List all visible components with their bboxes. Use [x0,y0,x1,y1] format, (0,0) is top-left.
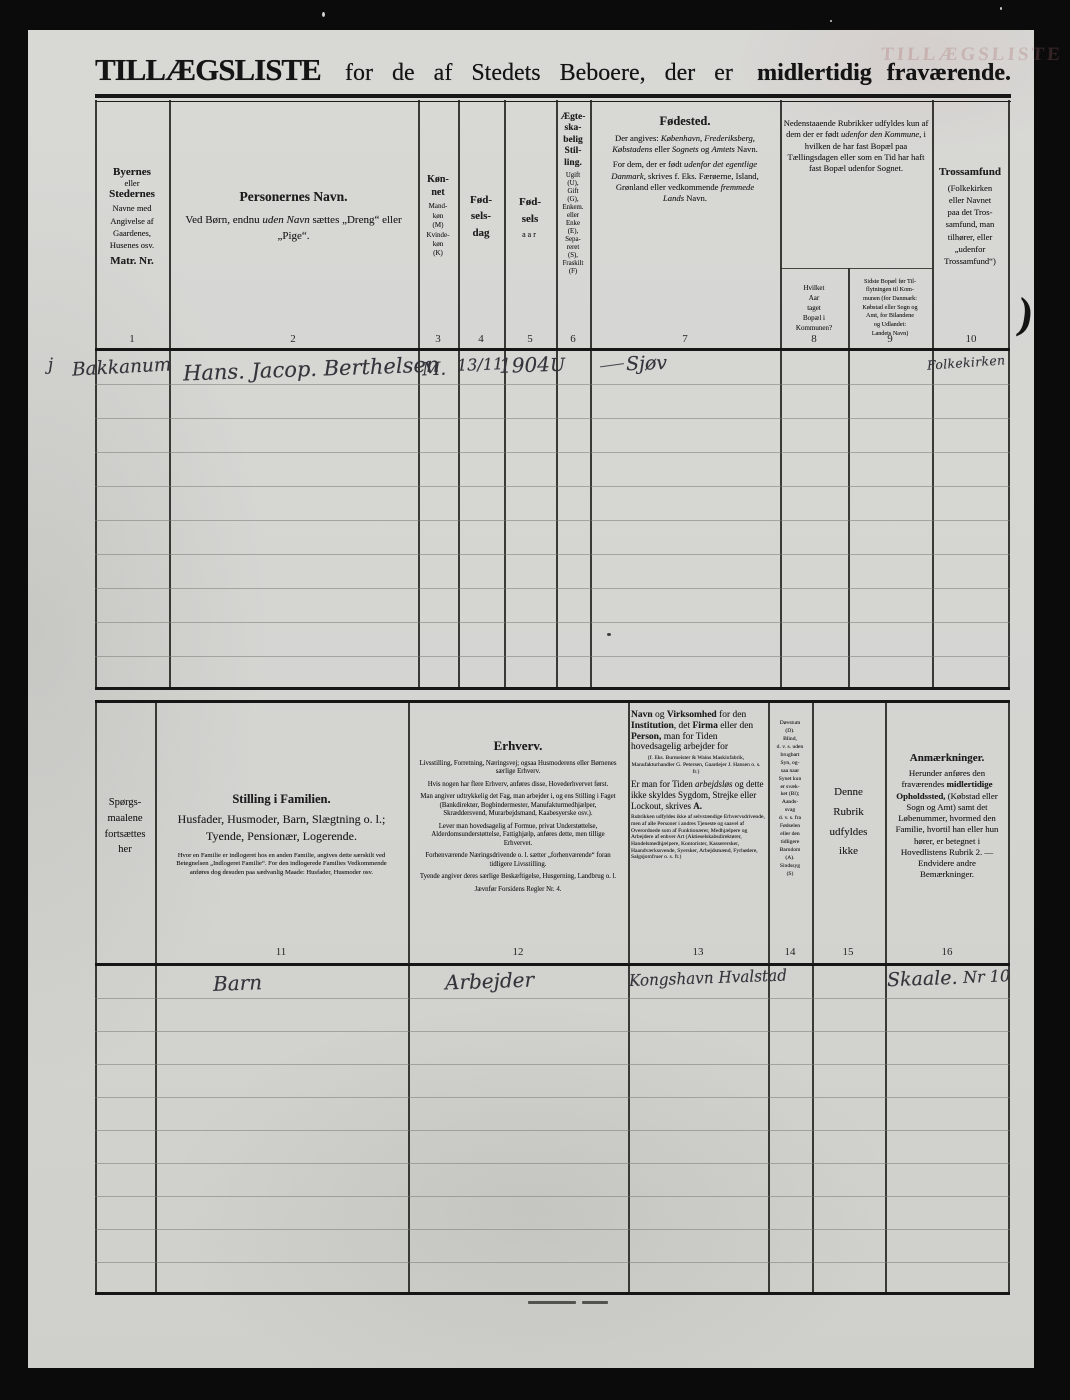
header-text: (Folkekirken eller Navnet paa det Tros- … [944,182,996,266]
header-text: Fød- sels [519,194,541,227]
header-text: Stedernes [109,188,155,200]
header-text: Spørgs- maalene fortsættes her [105,795,146,858]
entry-name: Hans. Jacop. Berthelsen [183,353,440,386]
column-number: 14 [770,946,810,958]
entry-sex: M. [422,359,447,381]
header-text: Rubrikken udfyldes ikke af selvstændige … [631,814,765,861]
header-text: Hvor en Familie er indlogeret hos en and… [172,852,392,878]
header-text: For dem, der er født udenfor det egentli… [605,159,765,204]
header-text: Livsstilling, Forretning, Næringsvej; og… [418,760,618,777]
header-text: Sidste Bopæl før Til- flytningen til Kom… [862,278,917,339]
column-header-occupation: Erhverv. Livsstilling, Forretning, Nærin… [412,700,624,945]
entry-marital-status: U [550,355,566,377]
column-header-marital-status: Ægte- ska- belig Stil- ling. Ugift (U), … [558,100,588,333]
entry-birthplace: Sjøv [600,352,668,376]
scan-speck [322,12,325,17]
header-text: Ægte- ska- belig Stil- ling. [561,112,586,169]
column-header-birthday: Fød- sels- dag [460,100,502,333]
header-text: Døvstum (D). Blind, d. v. s. uden brugba… [777,720,804,879]
header-text: Er man for Tiden arbejdsløs og dette ikk… [631,779,765,811]
column-header-remarks: Anmærkninger. Herunder anføres den fravæ… [888,700,1006,945]
column-number: 15 [828,946,868,958]
header-text: Herunder anføres den fraværendes midlert… [890,768,1004,881]
table-upper-data-area: Hans. Jacop. Berthelsen M. 13/11 1904 U … [95,351,1010,690]
header-text: Fød- sels- dag [470,192,492,242]
entry-margin-mark: j [48,355,54,375]
column-header-name: Personernes Navn. Ved Børn, endnu uden N… [173,100,414,333]
header-text: Nedenstaaende Rubrikker udfyldes kun af … [783,118,929,175]
column-header-family-position: Stilling i Familien. Husfader, Husmoder,… [159,700,404,945]
column-number: 2 [273,333,313,345]
column-header-employer: Navn og Virksomhed for den Institution, … [631,700,765,945]
header-text: Navn og Virksomhed for den Institution, … [631,710,765,753]
table-lower: Spørgs- maalene fortsættes her Stilling … [95,700,1010,1295]
printer-imprint [582,1301,608,1304]
entry-birth-day: 13/11 [457,354,504,375]
column-number: 10 [951,333,991,345]
header-text: Fødested. [659,114,710,129]
header-text: Hvilket Aar taget Bopæl i Kommunen? [796,283,832,334]
header-text: Lever man hovedsagelig af Formue, privat… [418,823,618,848]
header-text: Stilling i Familien. [232,792,330,807]
form-title: TILLÆGSLISTE for de af Stedets Beboere, … [95,52,1011,88]
column-header-place: Byernes eller Stedernes Navne med Angive… [97,100,167,333]
scan-speck [607,633,611,636]
header-text: Mand- køn (M) Kvinde- køn (K) [427,202,450,259]
column-header-religion: Trossamfund (Folkekirken eller Navnet pa… [934,100,1006,333]
header-text: Navne med Angivelse af Gaardenes, Husene… [110,202,154,251]
header-text: Forhenværende Næringsdrivende o. l. sætt… [418,852,618,869]
form-title-emphasis: midlertidig fraværende. [757,60,1011,87]
scan-speck [830,20,832,22]
column-number: 16 [927,946,967,958]
column-number: 1 [112,333,152,345]
header-text: Anmærkninger. [910,752,984,764]
header-text: Matr. Nr. [110,255,153,267]
column-number: 12 [498,946,538,958]
entry-remark-place: Skaale. [887,967,958,991]
header-text: aar [522,230,538,239]
column-number: 4 [461,333,501,345]
header-text: Personernes Navn. [240,189,348,205]
header-text: eller [124,178,139,188]
header-text: Byernes [113,166,151,178]
header-text: Trossamfund [939,166,1001,178]
column-number: 9 [870,333,910,345]
header-text: (f. Eks. Burmeister & Wains Maskinfabrik… [631,755,761,775]
pen-flourish [600,363,624,367]
column-number: 8 [794,333,834,345]
column-header-sex: Køn- net Mand- køn (M) Kvinde- køn (K) [420,100,456,333]
form-title-lead: TILLÆGSLISTE [95,52,321,88]
form-title-middle: for de af Stedets Beboere, der er [345,60,733,87]
header-text: Denne Rubrik udfyldes ikke [830,783,868,862]
column-header-birthyear: Fød- sels aar [506,100,554,333]
header-text: Jævnfør Forsidens Regler Nr. 4. [418,886,618,894]
entry-occupation: Arbejder [445,967,535,994]
column-header-not-filled: Denne Rubrik udfyldes ikke [814,700,883,945]
entry-employer: Kongshavn Hvalstad [629,965,788,990]
header-text: Ugift (U), Gift (G), Enkem. eller Enke (… [563,172,584,276]
entry-family-position: Barn [213,970,263,996]
column-number: 7 [665,333,705,345]
table-upper: Byernes eller Stedernes Navne med Angive… [95,100,1010,690]
column-number: 6 [553,333,593,345]
column-number: 11 [261,946,301,958]
column-header-disabilities: Døvstum (D). Blind, d. v. s. uden brugba… [770,700,810,945]
census-form-paper: TILLÆGSLISTE TILLÆGSLISTE for de af Sted… [28,30,1034,1368]
header-text: Tyende angiver deres særlige Beskæftigel… [418,873,618,881]
column-header-birthplace: Fødested. Der angives: København, Freder… [594,100,776,333]
header-text: Hvis nogen har flere Erhverv, anføres di… [418,781,618,789]
column-number: 5 [510,333,550,345]
printer-imprint [528,1301,576,1304]
entry-birthplace-text: Sjøv [626,352,668,375]
header-text: Der angives: København, Frederiksberg, K… [610,133,760,155]
entry-remark-number: Nr 10 [963,966,1011,987]
header-text: Husfader, Husmoder, Barn, Slægtning o. l… [164,811,399,846]
header-text: Erhverv. [494,738,543,754]
scan-speck [1000,7,1002,10]
header-text: Ved Børn, endnu uden Navn sættes „Dreng“… [184,212,404,245]
column-number: 13 [678,946,718,958]
entry-birth-year: 1904 [499,352,551,378]
side-label-questions-continue: Spørgs- maalene fortsættes her [97,700,153,945]
column-header-group-8-9: Nedenstaaende Rubrikker udfyldes kun af … [783,100,929,266]
header-text: Køn- net [427,174,449,199]
header-text: Man angiver udtrykkelig det Fag, man arb… [418,793,618,818]
column-number: 3 [418,333,458,345]
table-lower-data-area: Barn Arbejder Kongshavn Hvalstad Skaale.… [95,966,1010,1295]
entry-religion: Folkekirken [927,352,1006,372]
